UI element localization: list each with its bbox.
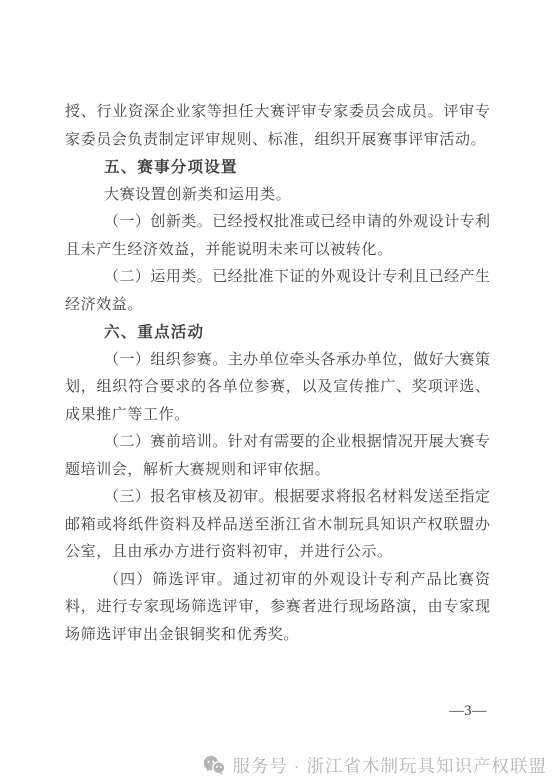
- doc-line: 经济效益。: [65, 292, 490, 320]
- doc-line: 家委员会负责制定评审规则、标准，组织开展赛事评审活动。: [65, 127, 490, 155]
- doc-line: 公室，且由承办方进行资料初审，并进行公示。: [65, 539, 490, 567]
- watermark-text: 服务号 · 浙江省木制玩具知识产权联盟: [232, 753, 547, 778]
- doc-line: 划，组织符合要求的各单位参赛，以及宣传推广、奖项评选、: [65, 374, 490, 402]
- doc-line: 授、行业资深企业家等担任大赛评审专家委员会成员。评审专: [65, 99, 490, 127]
- doc-line: （三）报名审核及初审。根据要求将报名材料发送至指定: [65, 484, 490, 512]
- doc-line: 邮箱或将纸件资料及样品送至浙江省木制玩具知识产权联盟办: [65, 512, 490, 540]
- doc-line: 题培训会，解析大赛规则和评审依据。: [65, 457, 490, 485]
- wechat-service-icon: [203, 755, 226, 775]
- doc-line: 且未产生经济效益，并能说明未来可以被转化。: [65, 237, 490, 265]
- section-heading: 五、赛事分项设置: [65, 154, 490, 182]
- doc-line: （一）组织参赛。主办单位牵头各承办单位，做好大赛策: [65, 347, 490, 375]
- doc-line: 场筛选评审出金银铜奖和优秀奖。: [65, 622, 490, 650]
- doc-line: （四）筛选评审。通过初审的外观设计专利产品比赛资: [65, 567, 490, 595]
- doc-line: （二）赛前培训。针对有需要的企业根据情况开展大赛专: [65, 429, 490, 457]
- doc-line: 大赛设置创新类和运用类。: [65, 182, 490, 210]
- doc-line: （二）运用类。已经批准下证的外观设计专利且已经产生: [65, 264, 490, 292]
- section-heading: 六、重点活动: [65, 319, 490, 347]
- page-number: —3—: [449, 703, 487, 720]
- watermark: 服务号 · 浙江省木制玩具知识产权联盟: [203, 752, 547, 778]
- doc-line: 成果推广等工作。: [65, 402, 490, 430]
- document-body: 授、行业资深企业家等担任大赛评审专家委员会成员。评审专 家委员会负责制定评审规则…: [65, 99, 490, 649]
- doc-line: （一）创新类。已经授权批准或已经申请的外观设计专利: [65, 209, 490, 237]
- doc-line: 料，进行专家现场筛选评审，参赛者进行现场路演，由专家现: [65, 594, 490, 622]
